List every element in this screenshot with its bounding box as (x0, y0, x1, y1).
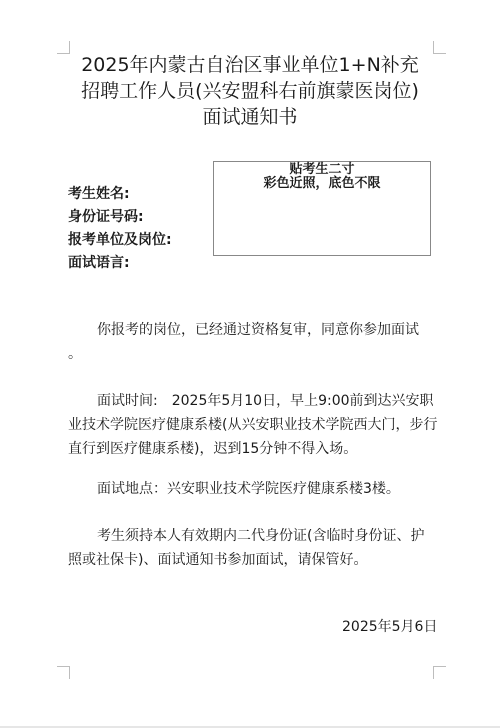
field-interview-language: 面试语言: (68, 252, 172, 275)
paragraph-interview-time: 面试时间: 2025年5月10日，早上9:00前到达兴安职业技术学院医疗健康系楼… (68, 389, 438, 461)
paragraph-qualification-tail: 。 (68, 346, 82, 362)
photo-instruction-line-1: 贴考生二寸 (214, 163, 430, 177)
field-unit-and-position: 报考单位及岗位: (68, 229, 172, 252)
field-candidate-name: 考生姓名: (68, 183, 172, 206)
title-line-1: 2025年内蒙古自治区事业单位1+N补充 (60, 52, 440, 78)
field-id-number: 身份证号码: (68, 206, 172, 229)
paragraph-qualification: 你报考的岗位，已经通过资格复审，同意你参加面试 。 (68, 318, 438, 366)
candidate-info-fields: 考生姓名: 身份证号码: 报考单位及岗位: 面试语言: (68, 183, 172, 275)
page-corner-mark-bottom-left (57, 666, 70, 679)
paragraph-id-requirement: 考生须持本人有效期内二代身份证(含临时身份证、护照或社保卡)、面试通知书参加面试… (68, 524, 438, 572)
document-title: 2025年内蒙古自治区事业单位1+N补充 招聘工作人员(兴安盟科右前旗蒙医岗位)… (60, 52, 440, 130)
photo-instruction-line-2: 彩色近照，底色不限 (214, 177, 430, 191)
page-corner-mark-bottom-right (433, 666, 446, 679)
title-line-3: 面试通知书 (60, 104, 440, 130)
paragraph-interview-location: 面试地点：兴安职业技术学院医疗健康系楼3楼。 (68, 477, 438, 501)
issue-date: 2025年5月6日 (342, 616, 437, 636)
title-line-2: 招聘工作人员(兴安盟科右前旗蒙医岗位) (60, 78, 440, 104)
photo-placeholder-box: 贴考生二寸 彩色近照，底色不限 (213, 161, 431, 256)
